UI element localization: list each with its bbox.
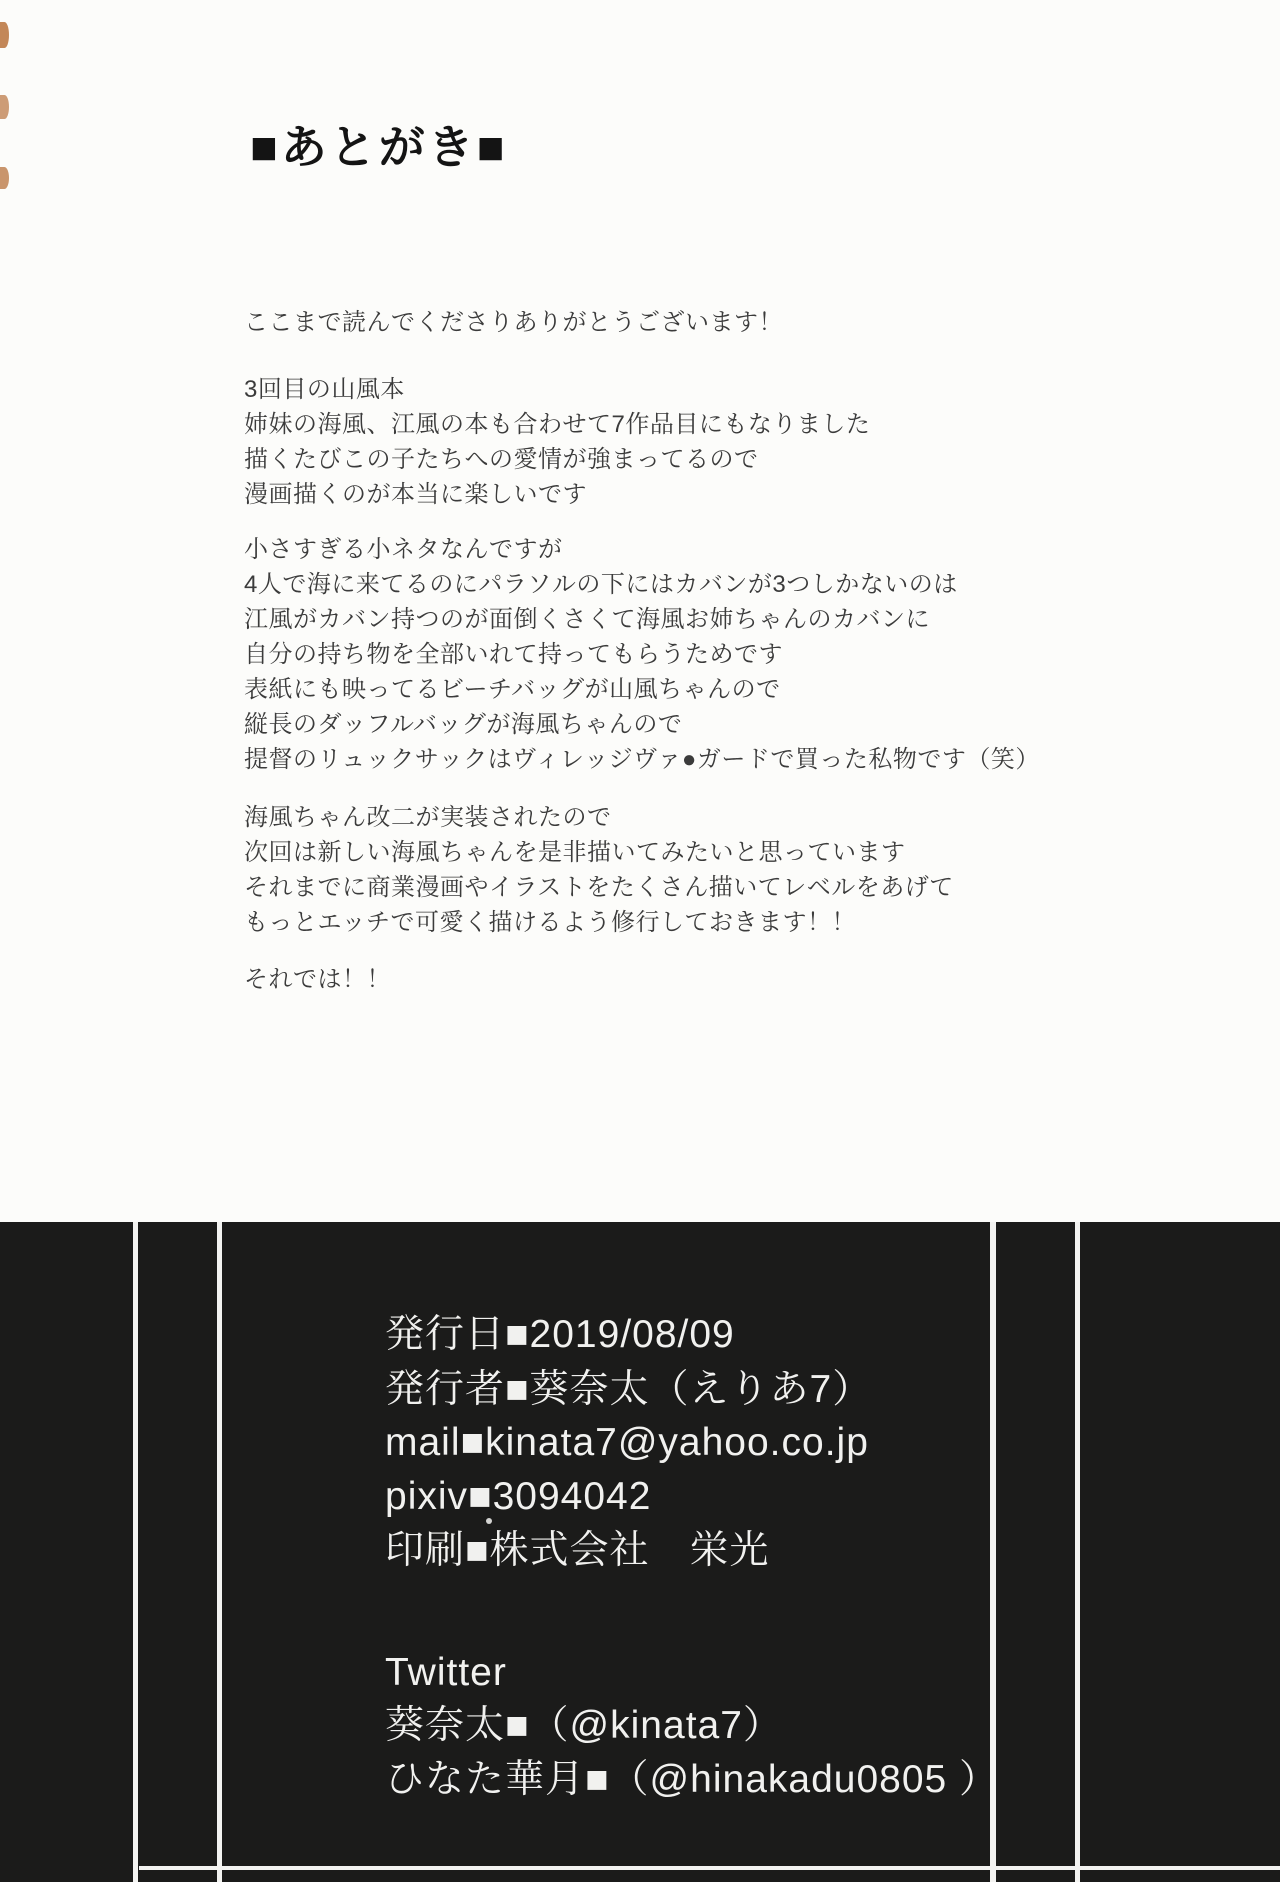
text-line: 姉妹の海風、江風の本も合わせて7作品目にもなりました: [244, 407, 870, 442]
vertical-divider: [217, 1222, 222, 1882]
text-line: 表紙にも映ってるビーチバッグが山風ちゃんので: [244, 672, 1040, 707]
horizontal-divider: [139, 1866, 1280, 1870]
scan-artifact: [0, 95, 9, 119]
colophon-panel: 発行日■2019/08/09 発行者■葵奈太（えりあ7） mail■kinata…: [0, 1222, 1280, 1882]
publisher-line: 発行者■葵奈太（えりあ7）: [385, 1368, 872, 1413]
text-line: 漫画描くのが本当に楽しいです: [244, 477, 870, 512]
afterword-page: ■あとがき■ ここまで読んでくださりありがとうございます！ 3回目の山風本 姉妹…: [0, 0, 1280, 1882]
text-line: ここまで読んでくださりありがとうございます！: [244, 305, 783, 340]
mail-line: mail■kinata7@yahoo.co.jp: [385, 1421, 869, 1466]
vertical-divider: [133, 1222, 138, 1882]
twitter-heading: Twitter: [385, 1651, 507, 1696]
text-line: それでは！！: [244, 962, 391, 997]
text-line: 3回目の山風本: [244, 372, 870, 407]
vertical-divider: [1075, 1222, 1080, 1882]
text-line: 自分の持ち物を全部いれて持ってもらうためです: [244, 637, 1040, 672]
afterword-paragraph: ここまで読んでくださりありがとうございます！: [244, 305, 783, 340]
text-line: 提督のリュックサックはヴィレッジヴァ●ガードで買った私物です（笑）: [244, 742, 1040, 777]
twitter-account-line: ひなた華月■（@hinakadu0805 ）: [385, 1758, 999, 1803]
text-line: 縦長のダッフルバッグが海風ちゃんので: [244, 707, 1040, 742]
afterword-paragraph: それでは！！: [244, 962, 391, 997]
page-title: ■あとがき■: [250, 122, 508, 173]
twitter-account-line: 葵奈太■（@kinata7）: [385, 1704, 783, 1749]
text-line: それまでに商業漫画やイラストをたくさん描いてレベルをあげて: [244, 870, 954, 905]
text-line: 描くたびこの子たちへの愛情が強まってるので: [244, 442, 870, 477]
scan-artifact: [0, 167, 9, 189]
text-line: 海風ちゃん改二が実装されたので: [244, 800, 954, 835]
pixiv-line: pixiv■3094042: [385, 1475, 651, 1520]
text-line: 4人で海に来てるのにパラソルの下にはカバンが3つしかないのは: [244, 567, 1040, 602]
printer-line: 印刷■株式会社 栄光: [385, 1529, 770, 1574]
text-line: もっとエッチで可愛く描けるよう修行しておきます！！: [244, 905, 954, 940]
afterword-paragraph: 3回目の山風本 姉妹の海風、江風の本も合わせて7作品目にもなりました 描くたびこ…: [244, 372, 870, 512]
publish-date-line: 発行日■2019/08/09: [385, 1313, 735, 1358]
scan-artifact: [0, 22, 9, 48]
afterword-paragraph: 小さすぎる小ネタなんですが 4人で海に来てるのにパラソルの下にはカバンが3つしか…: [244, 532, 1040, 777]
text-line: 江風がカバン持つのが面倒くさくて海風お姉ちゃんのカバンに: [244, 602, 1040, 637]
text-line: 小さすぎる小ネタなんですが: [244, 532, 1040, 567]
text-line: 次回は新しい海風ちゃんを是非描いてみたいと思っています: [244, 835, 954, 870]
afterword-paragraph: 海風ちゃん改二が実装されたので 次回は新しい海風ちゃんを是非描いてみたいと思って…: [244, 800, 954, 940]
